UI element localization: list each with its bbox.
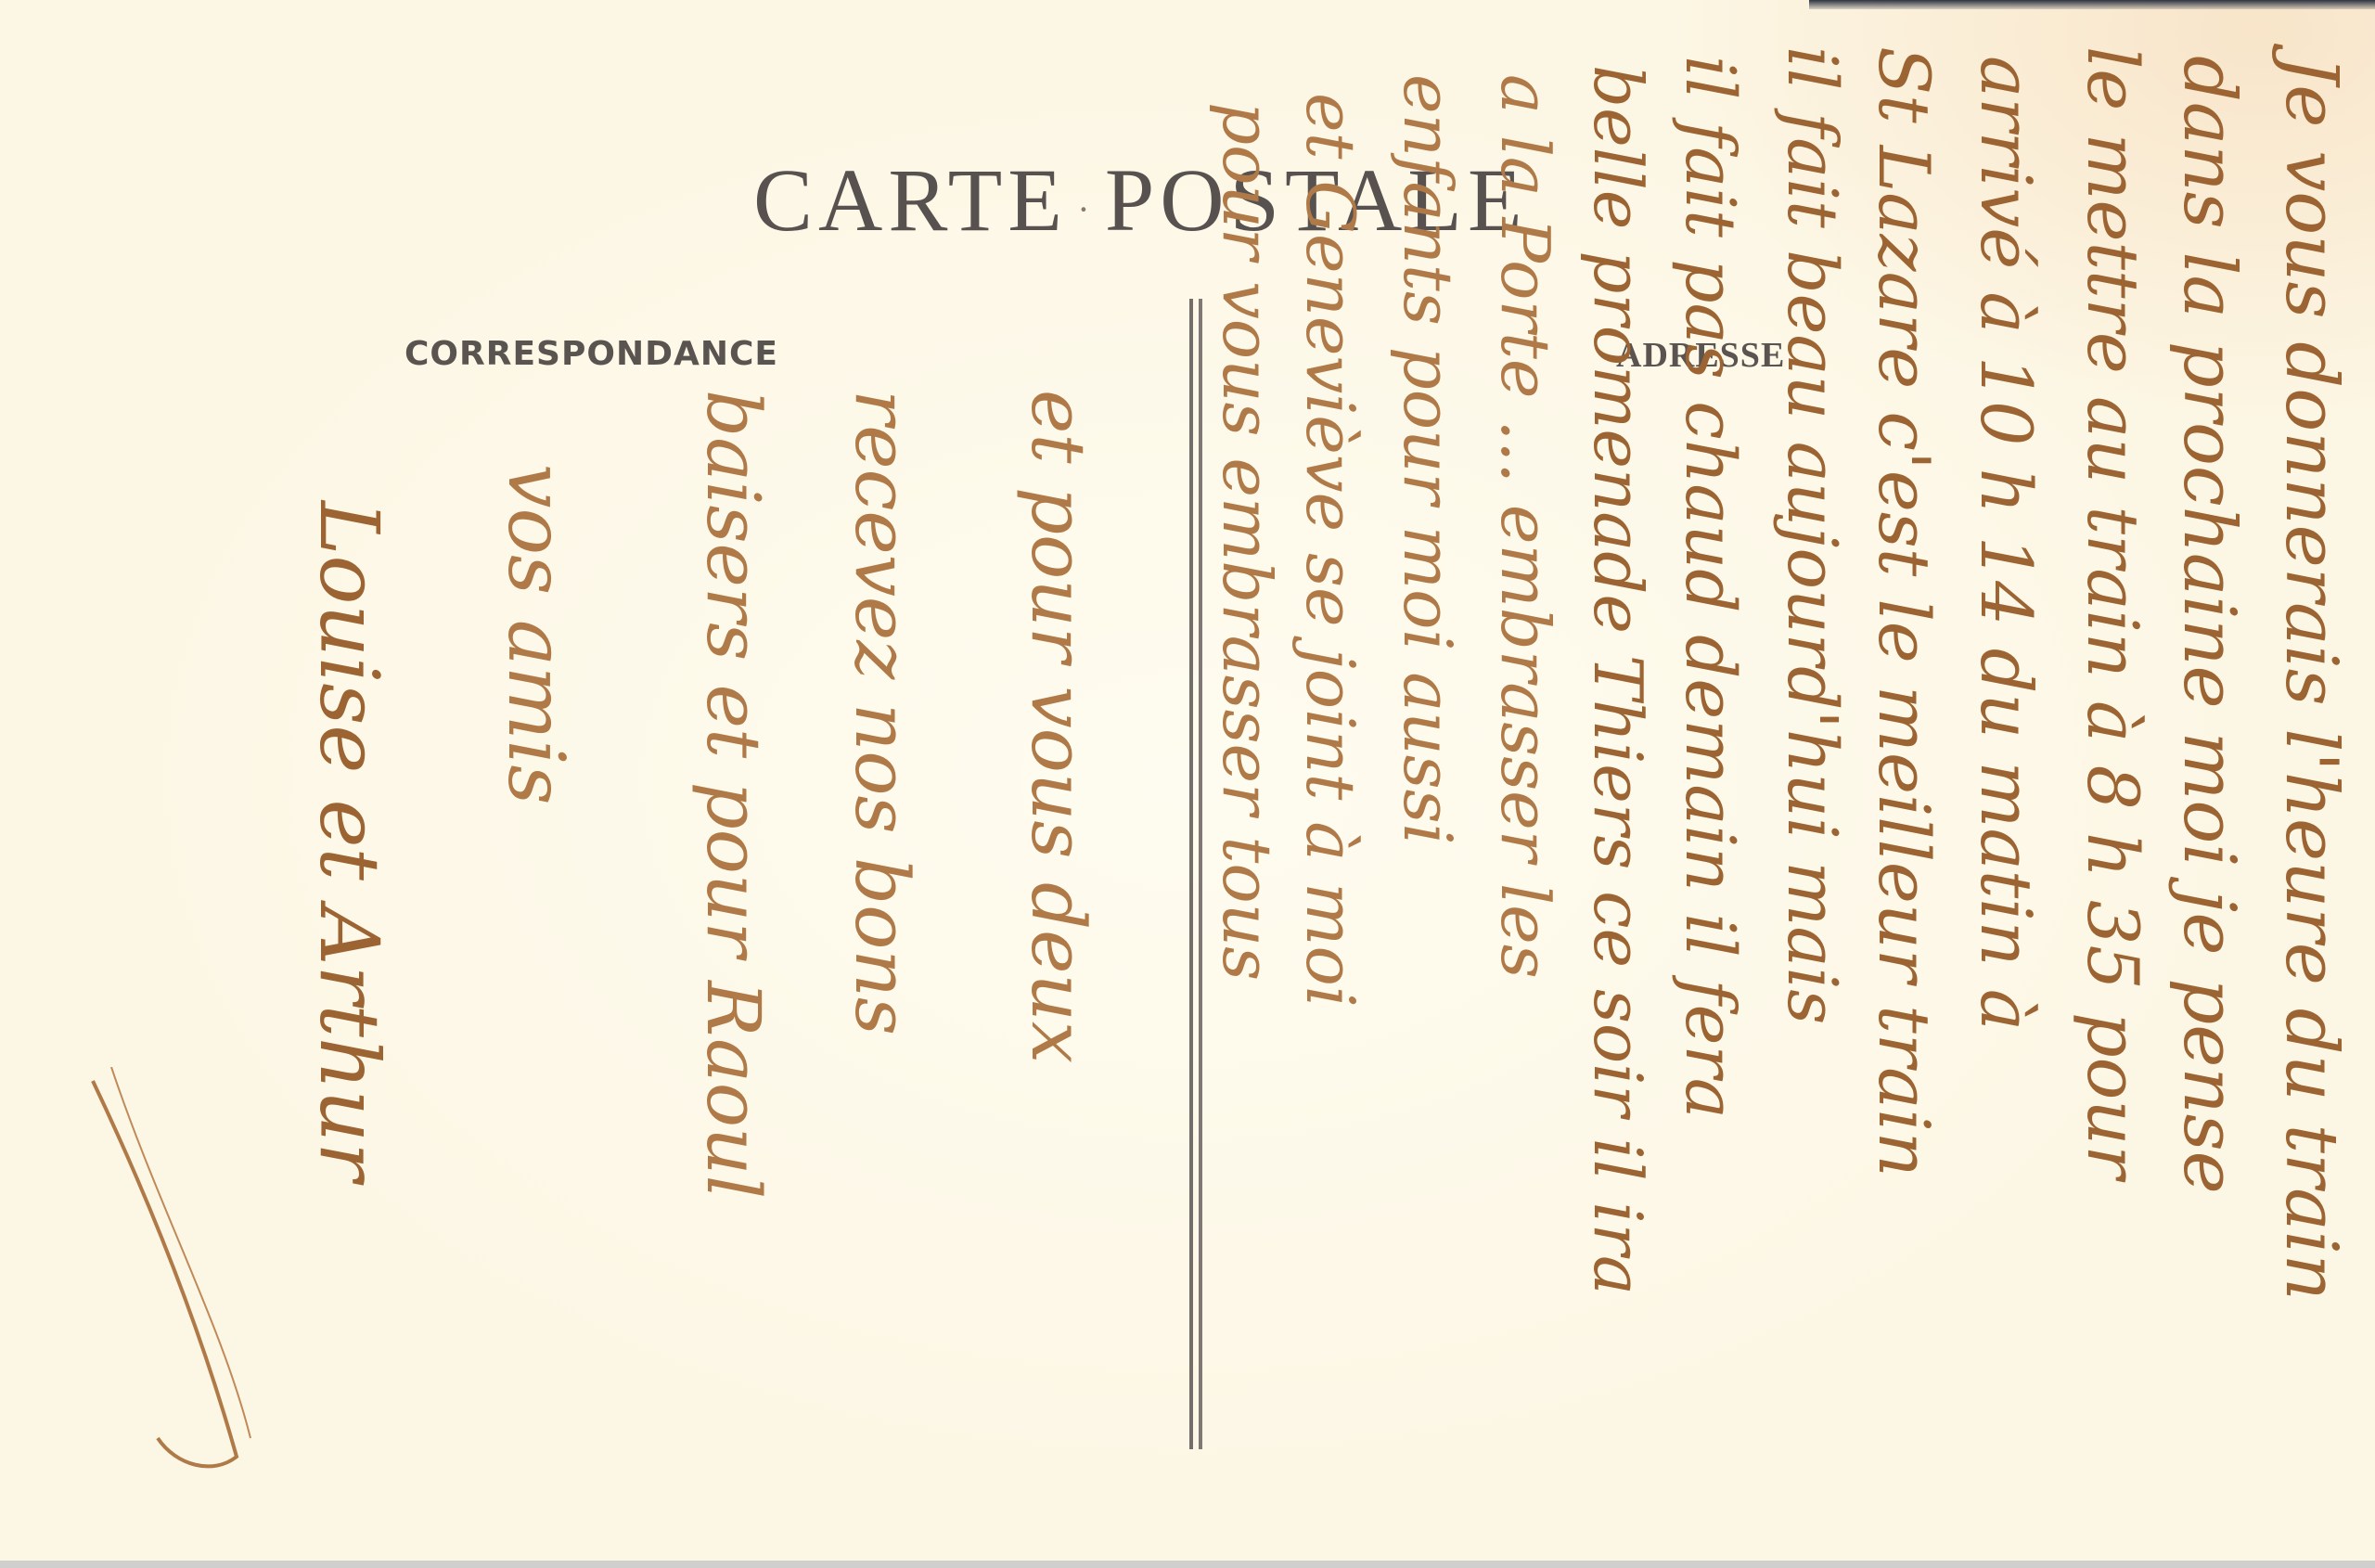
handwritten-line: pour vous embrasser tous <box>1213 102 1280 981</box>
handwritten-line: et Geneviève se joint à moi <box>1297 93 1364 1008</box>
handwritten-line: St Lazare c'est le meilleur train <box>1868 46 1939 1177</box>
handwritten-line: a la Porte ... embrasser les <box>1492 74 1559 979</box>
handwritten-line: Je vous donnerais l'heure du train <box>2275 56 2347 1301</box>
handwritten-signature: Louise et Arthur <box>308 501 390 1181</box>
handwritten-line: le mettre au train à 8 h 35 pour <box>2077 46 2148 1179</box>
handwritten-line: arrivé à 10 h 14 du matin à <box>1971 56 2041 1031</box>
handwritten-line: enfants pour moi aussi <box>1394 74 1461 845</box>
handwritten-line: baisers et pour Raoul <box>696 390 770 1199</box>
postcard-back: CARTE·POSTALE CORRESPONDANCE ADRESSE Je … <box>0 0 2375 1561</box>
handwritten-line: belle promenade Thiers ce soir il ira <box>1585 65 1651 1295</box>
center-divider-line <box>1189 299 1202 1449</box>
correspondance-label: CORRESPONDANCE <box>404 338 778 371</box>
handwritten-line: dans la prochaine moi je pense <box>2173 56 2245 1194</box>
handwritten-line: vos amis <box>497 464 575 805</box>
handwritten-line: il fait beau aujourd'hui mais <box>1778 46 1846 1024</box>
handwritten-line: il fait pas chaud demain il fera <box>1675 56 1744 1119</box>
scan-bottom-edge <box>0 1561 2375 1568</box>
signature-flourish-icon <box>83 1067 269 1484</box>
title-word-carte: CARTE <box>753 150 1068 250</box>
handwritten-line: recevez nos bons <box>844 390 918 1035</box>
title-separator: · <box>1068 191 1105 228</box>
scan-edge-shadow <box>1809 0 2375 9</box>
handwritten-line: et pour vous deux <box>1021 390 1095 1063</box>
